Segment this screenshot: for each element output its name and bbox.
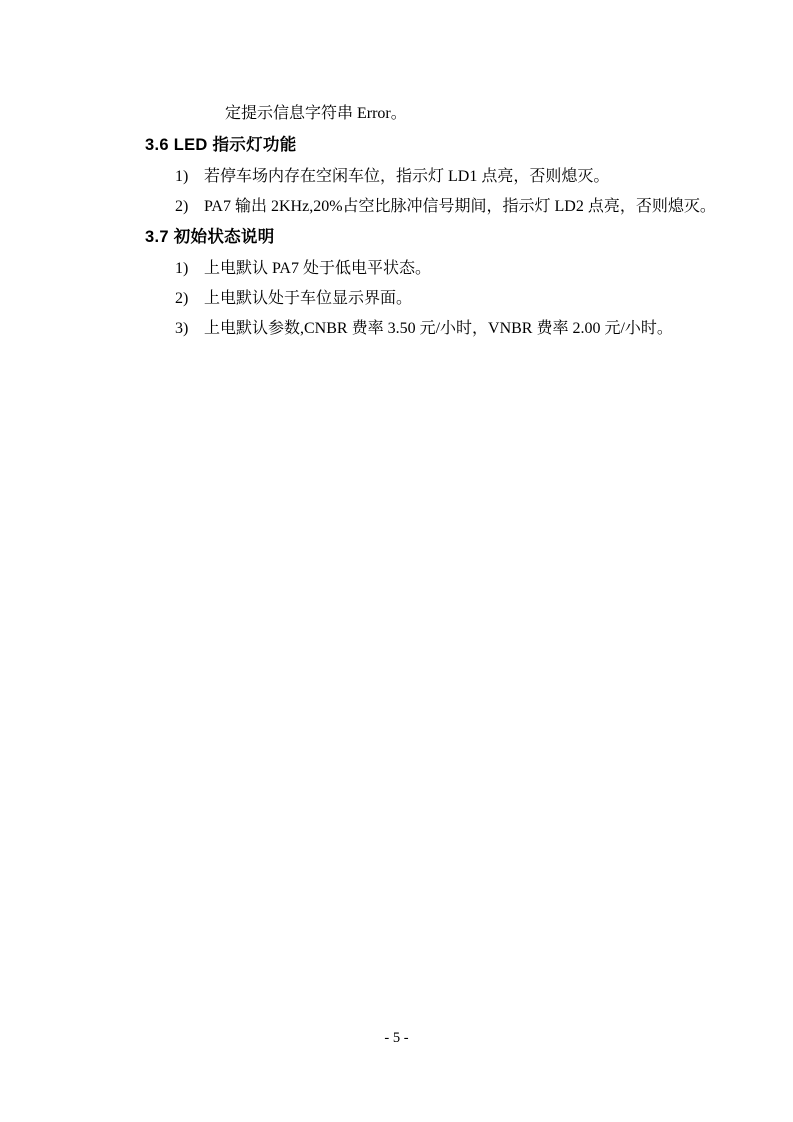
list-item-text: PA7 输出 2KHz,20%占空比脉冲信号期间，指示灯 LD2 点亮，否则熄灭… xyxy=(204,198,716,215)
list-item-text: 上电默认参数,CNBR 费率 3.50 元/小时，VNBR 费率 2.00 元/… xyxy=(204,320,673,337)
list-item: 2)PA7 输出 2KHz,20%占空比脉冲信号期间，指示灯 LD2 点亮，否则… xyxy=(175,196,716,217)
list-item: 1)若停车场内存在空闲车位，指示灯 LD1 点亮，否则熄灭。 xyxy=(175,166,609,187)
document-page: 定提示信息字符串 Error。 3.6 LED 指示灯功能 1)若停车场内存在空… xyxy=(0,0,793,1122)
list-item-text: 上电默认 PA7 处于低电平状态。 xyxy=(204,260,431,277)
list-item-marker: 3) xyxy=(175,318,204,339)
list-item: 2)上电默认处于车位显示界面。 xyxy=(175,288,412,309)
list-item: 1)上电默认 PA7 处于低电平状态。 xyxy=(175,258,431,279)
list-item-marker: 2) xyxy=(175,288,204,309)
list-item-marker: 1) xyxy=(175,258,204,279)
paragraph-continuation: 定提示信息字符串 Error。 xyxy=(225,103,407,124)
list-item: 3)上电默认参数,CNBR 费率 3.50 元/小时，VNBR 费率 2.00 … xyxy=(175,318,673,339)
page-number: - 5 - xyxy=(0,1030,793,1047)
section-heading-3-6: 3.6 LED 指示灯功能 xyxy=(145,134,297,156)
list-item-text: 若停车场内存在空闲车位，指示灯 LD1 点亮，否则熄灭。 xyxy=(204,168,609,185)
list-item-text: 上电默认处于车位显示界面。 xyxy=(204,290,412,307)
section-heading-3-7: 3.7 初始状态说明 xyxy=(145,226,275,248)
list-item-marker: 1) xyxy=(175,166,204,187)
list-item-marker: 2) xyxy=(175,196,204,217)
